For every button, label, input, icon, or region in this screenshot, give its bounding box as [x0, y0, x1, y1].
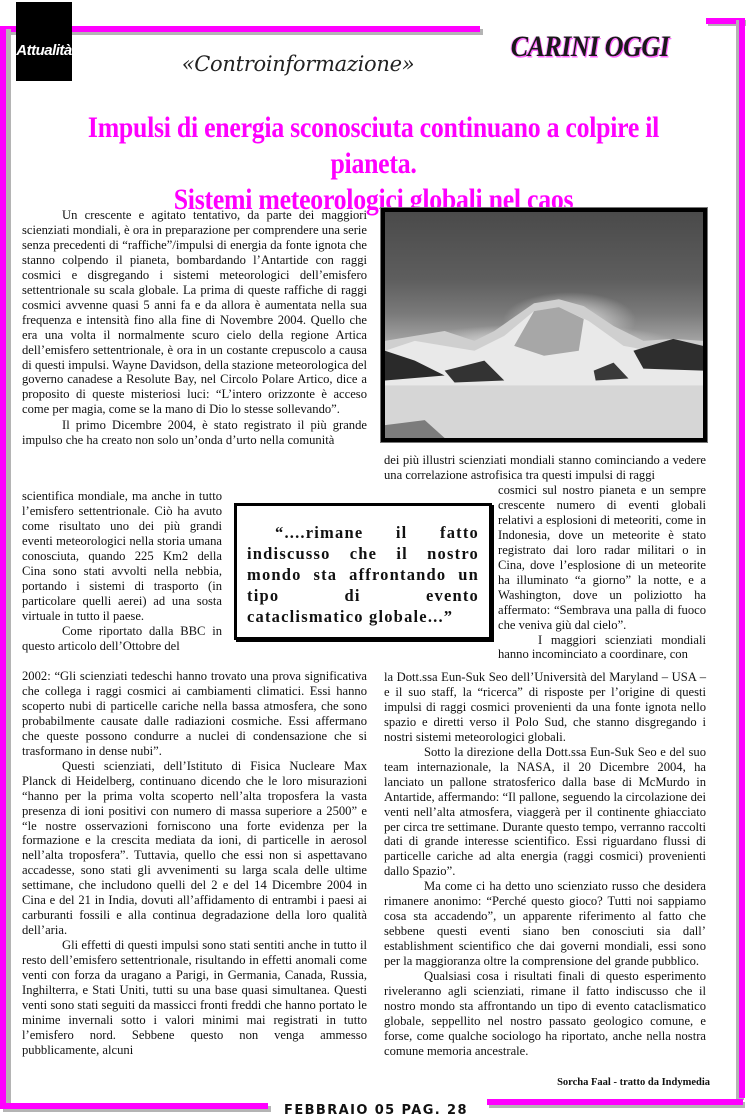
paragraph: Gli effetti di questi impulsi sono stati…: [22, 938, 367, 1058]
article-left-col-bottom: 2002: “Gli scienziati tedeschi hanno tro…: [22, 669, 367, 1058]
frame-bottom-right-bar: [487, 1099, 743, 1105]
paragraph: Qualsiasi cosa i risultati finali di que…: [384, 969, 706, 1059]
article-left-col-narrow: scientifica mondiale, ma anche in tutto …: [22, 489, 222, 653]
paragraph: la Dott.ssa Eun-Suk Seo dell’Università …: [384, 670, 706, 745]
headline: Impulsi di energia sconosciuta continuan…: [69, 110, 677, 218]
pull-quote-box: “....rimane il fatto indiscusso che il n…: [234, 503, 492, 640]
paragraph: Un crescente e agitato tentativo, da par…: [22, 208, 367, 417]
paragraph: Sotto la direzione della Dott.ssa Eun-Su…: [384, 745, 706, 880]
pull-quote-text: “....rimane il fatto indiscusso che il n…: [247, 522, 479, 627]
paragraph: Il primo Dicembre 2004, è stato registra…: [22, 418, 367, 448]
masthead-logo: CARINI OGGI: [500, 30, 680, 65]
paragraph: dei più illustri scienziati mondiali sta…: [384, 453, 706, 483]
frame-left-bar: [0, 26, 6, 1106]
paragraph: cosmici sul nostro pianeta e un sempre c…: [498, 483, 706, 633]
article-right-col-narrow: cosmici sul nostro pianeta e un sempre c…: [498, 483, 706, 662]
frame-top-left-bar: [0, 26, 480, 32]
mountain-illustration-icon: [385, 212, 703, 438]
frame-right-bar: [739, 18, 745, 1098]
paragraph: Come riportato dalla BBC in questo artic…: [22, 624, 222, 654]
subsection-title: «Controinformazione»: [178, 52, 418, 76]
page-footer: FEBBRAIO 05 PAG. 28: [276, 1103, 476, 1118]
article-left-col-top: Un crescente e agitato tentativo, da par…: [22, 208, 367, 448]
paragraph: Questi scienziati, dell’Istituto di Fisi…: [22, 759, 367, 938]
author-credit: Sorcha Faal - tratto da Indymedia: [540, 1077, 710, 1088]
mountain-image: [385, 212, 703, 438]
paragraph: Ma come ci ha detto uno scienziato russo…: [384, 879, 706, 969]
article-right-col-top: dei più illustri scienziati mondiali sta…: [384, 453, 706, 483]
frame-bottom-left-bar: [0, 1103, 268, 1109]
section-tag: Attualità: [16, 2, 72, 81]
paragraph: scientifica mondiale, ma anche in tutto …: [22, 489, 222, 624]
article-right-col-bottom: la Dott.ssa Eun-Suk Seo dell’Università …: [384, 670, 706, 1059]
article-photo: [380, 207, 708, 443]
headline-line-1: Impulsi di energia sconosciuta continuan…: [69, 110, 677, 182]
paragraph: I maggiori scienziati mondiali hanno inc…: [498, 633, 706, 663]
section-tag-label: Attualità: [16, 42, 72, 59]
paragraph: 2002: “Gli scienziati tedeschi hanno tro…: [22, 669, 367, 759]
